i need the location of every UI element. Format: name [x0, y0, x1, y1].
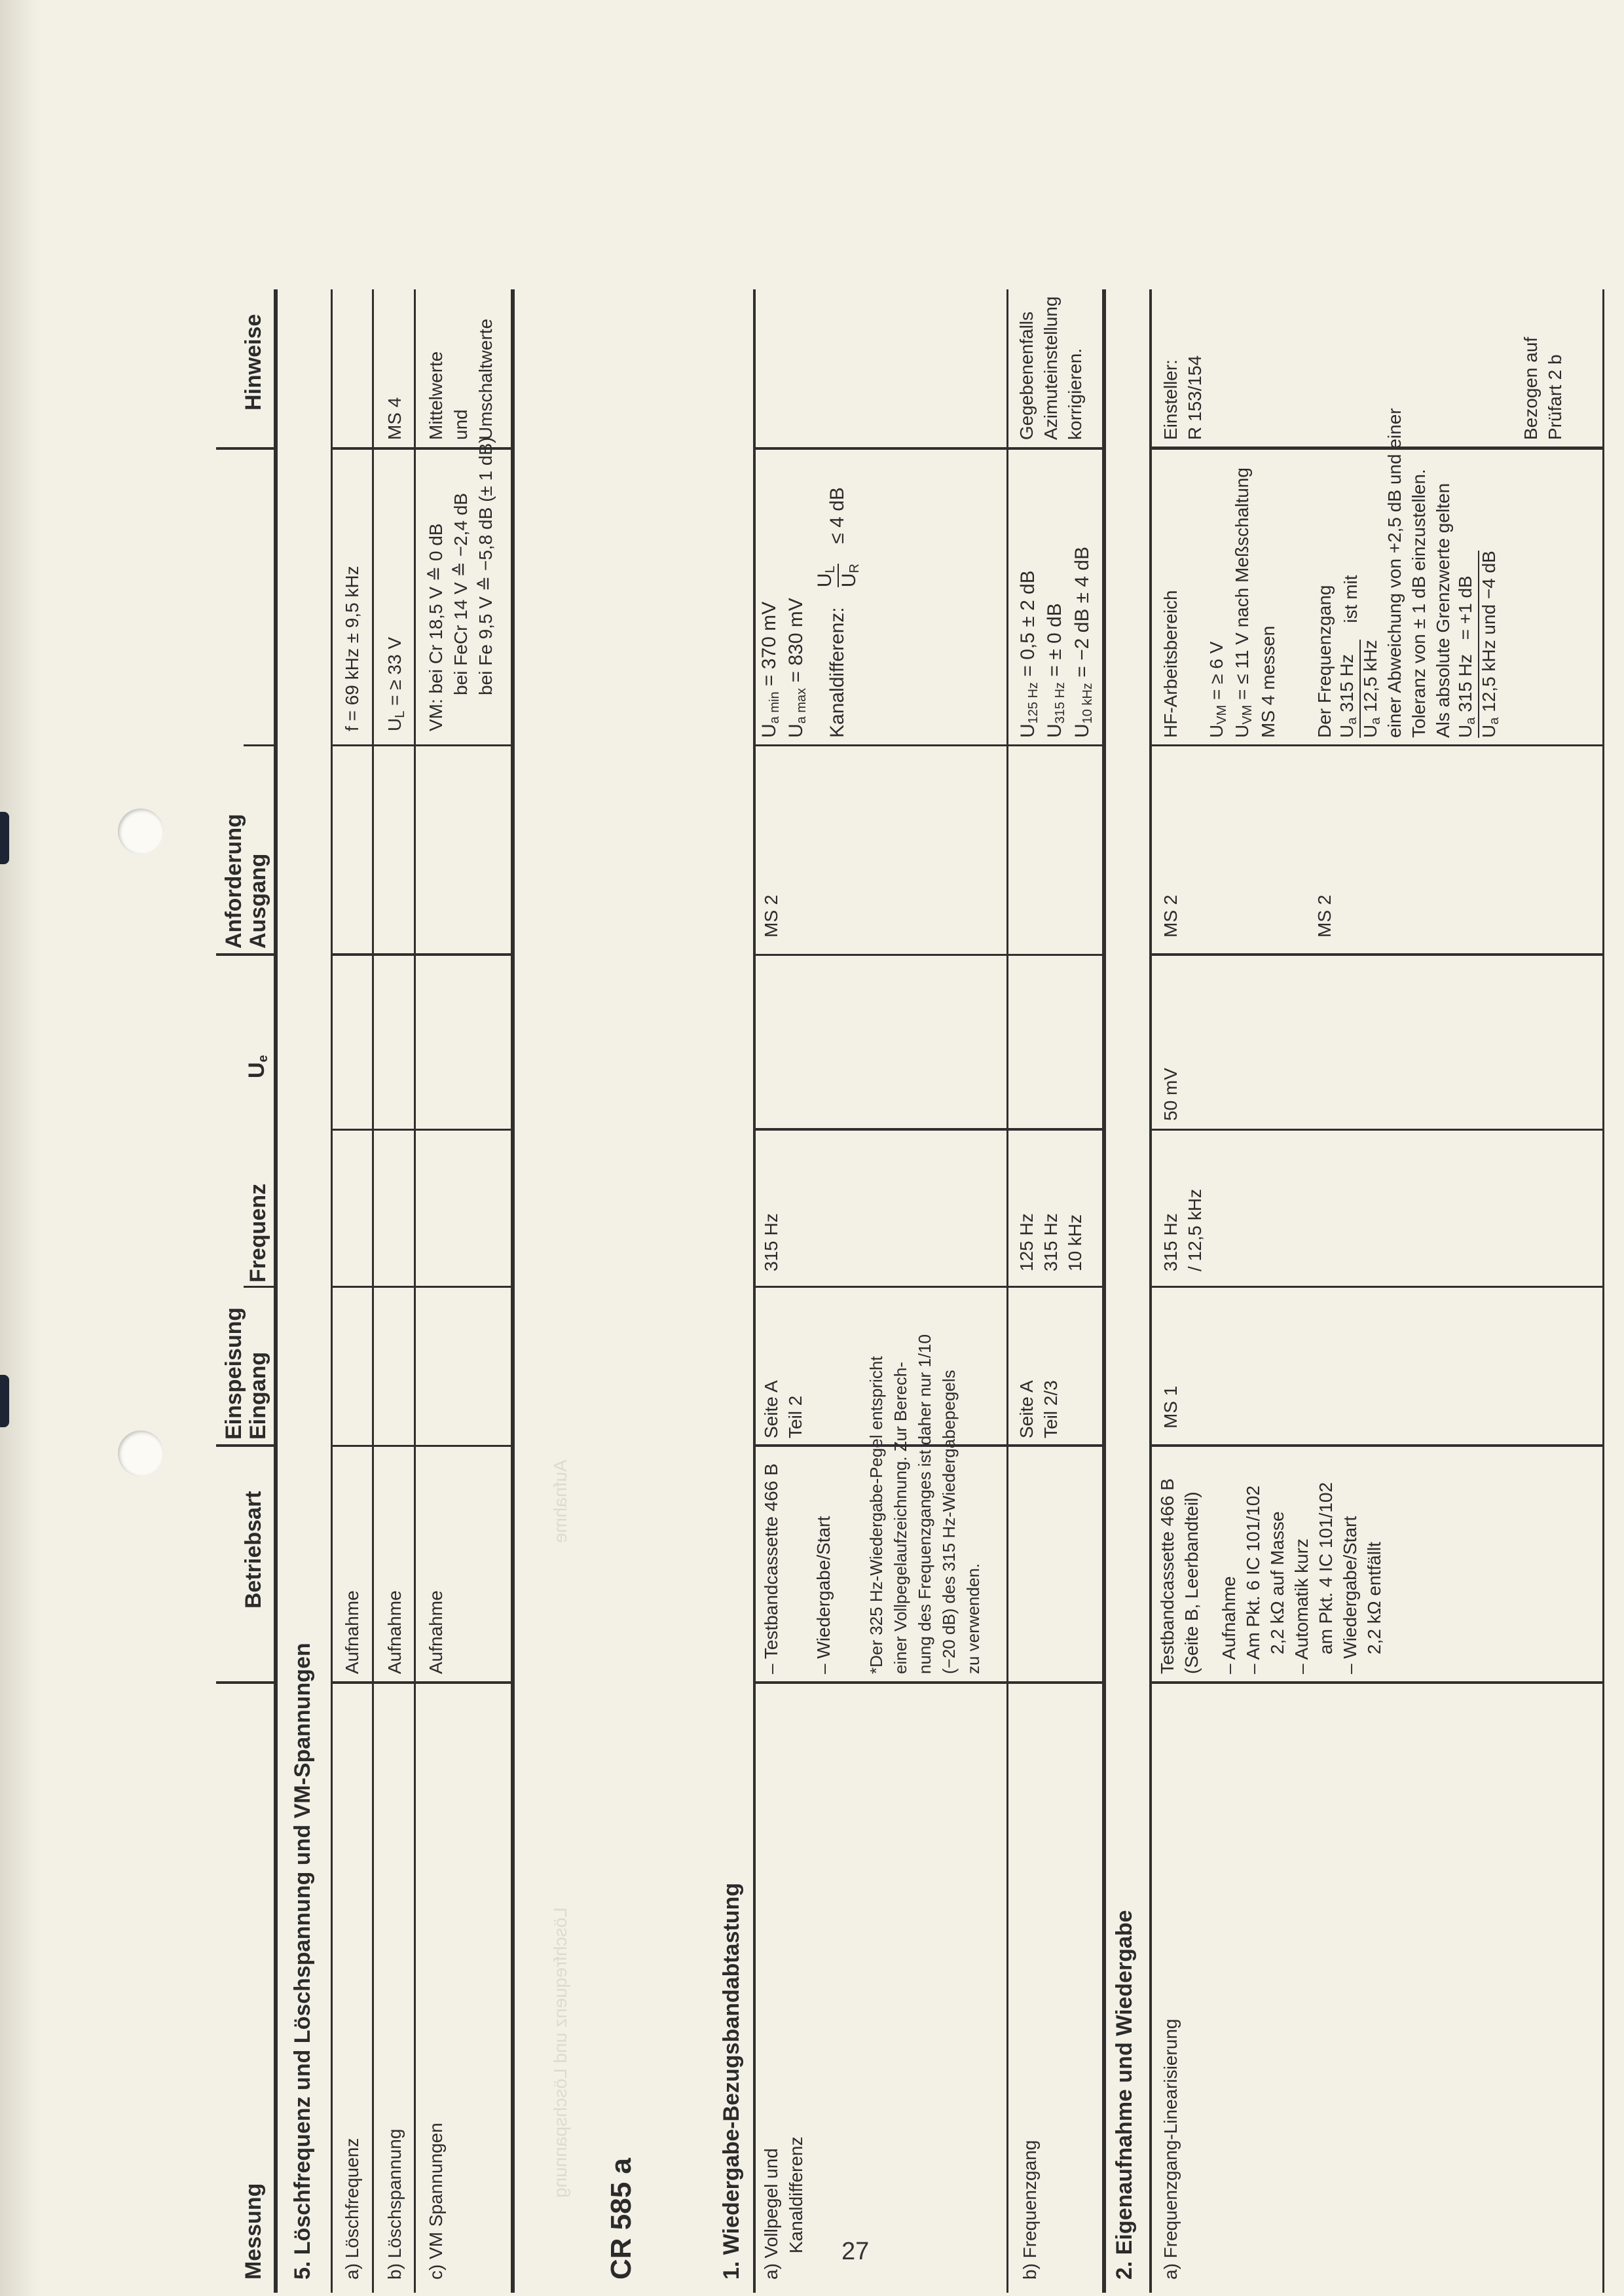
s5-b-betriebsart: Aufnahme	[383, 1590, 407, 1674]
s1-b-anforderung: U125 Hz = 0,5 ± 2 dB U315 Hz = ± 0 dB U1…	[1015, 547, 1096, 738]
s1-a-messung-1: a) Vollpegel und	[760, 2148, 784, 2280]
s1-b-hinweise: Gegebenenfalls Azimuteinstellung korrigi…	[1015, 297, 1088, 440]
s2-a-eingang: MS 1	[1159, 1386, 1183, 1429]
s2-a-ausgang-2: MS 2	[1313, 895, 1337, 938]
show-through-text: Löschfrequenz und Löschspannung	[550, 1907, 571, 2198]
s1-b-messung: b) Frequenzgang	[1018, 2140, 1043, 2280]
col-header-ue: Ue	[242, 1055, 272, 1078]
s5-b-messung: b) Löschspannung	[383, 2129, 407, 2280]
s5-a-messung: a) Löschfrequenz	[341, 2138, 365, 2280]
s5-b-hinweise: MS 4	[383, 397, 407, 440]
s2-a-betriebsart: Testbandcassette 466 B (Seite B, Leerban…	[1156, 1478, 1387, 1674]
s5-c-hinweise-3: Umschaltwerte	[474, 319, 498, 440]
col-header-messung: Messung	[239, 2183, 268, 2280]
col-header-hinweise: Hinweise	[239, 314, 268, 410]
section-2-title: 2. Eigenaufnahme und Wiedergabe	[1110, 1910, 1139, 2280]
col-header-frequenz: Frequenz	[244, 1184, 273, 1283]
s2-a-ue: 50 mV	[1159, 1068, 1183, 1121]
col-header-betriebsart: Betriebsart	[239, 1491, 268, 1609]
section-5-title: 5. Löschfrequenz und Löschspannung und V…	[288, 1643, 318, 2280]
s5-c-hinweise-2: und	[449, 409, 473, 440]
s2-a-messung: a) Frequenzgang-Linearisierung	[1159, 2019, 1183, 2280]
s1-a-betriebsart-2: – Wiedergabe/Start	[812, 1516, 836, 1674]
s1-b-eingang: Seite ATeil 2/3	[1015, 1380, 1063, 1438]
s5-c-anforderung-2: bei FeCr 14 V ≙ −2,4 dB	[449, 493, 473, 695]
s5-c-betriebsart: Aufnahme	[424, 1590, 449, 1674]
s5-c-anforderung-1: VM: bei Cr 18,5 V ≙ 0 dB	[424, 523, 449, 731]
section-1-title: 1. Wiedergabe-Bezugsbandabtastung	[717, 1883, 747, 2280]
s2-a-anforderung-vm: UVM = ≥ 6 V UVM = ≤ 11 V nach Meßschaltu…	[1205, 467, 1281, 738]
s5-a-anforderung: f = 69 kHz ± 9,5 kHz	[341, 566, 365, 731]
col-header-ausgang: Ausgang	[244, 854, 273, 949]
s1-a-betriebsart-1: – Testbandcassette 466 B	[760, 1463, 784, 1674]
s1-b-frequenz: 125 Hz 315 Hz 10 kHz	[1015, 1213, 1088, 1271]
s2-a-ausgang-1: MS 2	[1159, 895, 1183, 938]
page-number: 27	[841, 2238, 869, 2266]
s1-a-ausgang: MS 2	[760, 895, 784, 938]
s2-a-hinweise-einsteller: Einsteller: R 153/154	[1159, 355, 1208, 440]
header-rule	[274, 289, 278, 2293]
s1-a-messung-2: Kanaldifferenz	[784, 2137, 809, 2254]
s2-a-anforderung-hf: HF-Arbeitsbereich	[1159, 590, 1183, 738]
col-header-eingang: Eingang	[244, 1352, 273, 1440]
s5-a-betriebsart: Aufnahme	[341, 1590, 365, 1674]
s2-a-frequenz: 315 Hz / 12,5 kHz	[1159, 1189, 1208, 1271]
s1-a-eingang: Seite ATeil 2	[760, 1380, 808, 1438]
s2-a-hinweise-bezogen: Bezogen auf Prüfart 2 b	[1519, 337, 1568, 440]
s5-c-hinweise-1: Mittelwerte	[424, 352, 449, 440]
s5-c-anforderung-3: bei Fe 9,5 V ≙ −5,8 dB (± 1 dB)	[474, 437, 498, 695]
s5-b-anforderung: UL = ≥ 33 V	[383, 637, 409, 731]
s1-a-anforderung: Ua min = 370 mV Ua max = 830 mV Kanaldif…	[756, 487, 862, 738]
s1-a-frequenz: 315 Hz	[760, 1213, 784, 1271]
s2-a-anforderung-frequenzgang: Der Frequenzgang Ua 315 Hz Ua 12,5 kHz i…	[1313, 408, 1502, 738]
show-through-text: Aufnahme	[550, 1459, 571, 1543]
rotated-landscape-table: Messung Betriebsart Einspeisung Eingang …	[0, 0, 1624, 2296]
s5-c-messung: c) VM Spannungen	[424, 2123, 449, 2280]
model-title: CR 585 a	[602, 2158, 640, 2280]
s1-a-footnote: *Der 325 Hz-Wiedergabe-Pegel entspricht …	[864, 1334, 986, 1674]
